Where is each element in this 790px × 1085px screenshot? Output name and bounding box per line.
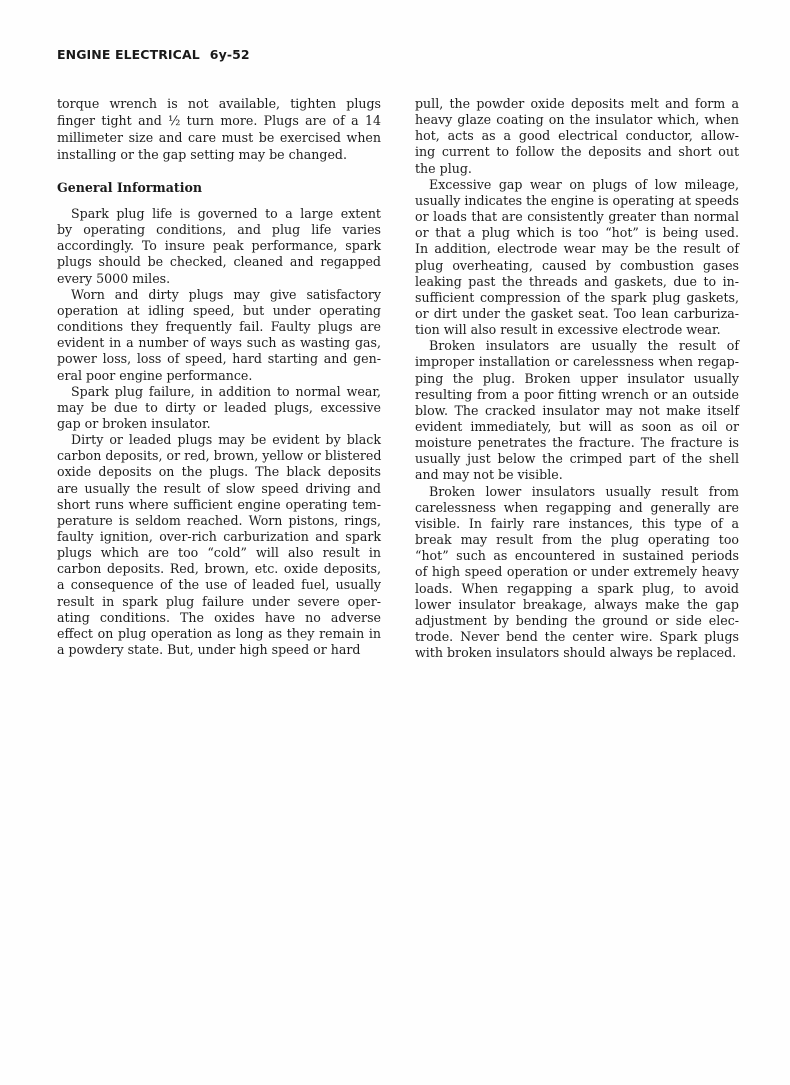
paragraph-line: resulting from a poor fitting wrench or … xyxy=(415,387,739,403)
paragraph-line: millimeter size and care must be exercis… xyxy=(57,130,381,146)
paragraph-line: Worn and dirty plugs may give satisfacto… xyxy=(57,287,381,303)
paragraph-line: blow. The cracked insulator may not make… xyxy=(415,403,739,419)
paragraph-line: loads. When regapping a spark plug, to a… xyxy=(415,581,739,597)
paragraph-line: oxide deposits on the plugs. The black d… xyxy=(57,464,381,480)
paragraph-line: installing or the gap setting may be cha… xyxy=(57,147,381,163)
paragraph-line: Broken lower insulators usually result f… xyxy=(415,484,739,500)
paragraph-line: Spark plug life is governed to a large e… xyxy=(57,206,381,222)
paragraph-line: plugs which are too “cold” will also res… xyxy=(57,545,381,561)
paragraph-line: torque wrench is not available, tighten … xyxy=(57,96,381,112)
paragraph-line: plugs should be checked, cleaned and reg… xyxy=(57,254,381,270)
paragraph-line: finger tight and ½ turn more. Plugs are … xyxy=(57,113,381,129)
paragraph-line: usually just below the crimped part of t… xyxy=(415,451,739,467)
paragraph-line: tion will also result in excessive elect… xyxy=(415,322,739,338)
paragraph-line: usually indicates the engine is operatin… xyxy=(415,193,739,209)
paragraph-line: improper installation or carelessness wh… xyxy=(415,354,739,370)
paragraph-line: with broken insulators should always be … xyxy=(415,645,739,661)
paragraph-line: short runs where sufficient engine opera… xyxy=(57,497,381,513)
paragraph-line: ating conditions. The oxides have no adv… xyxy=(57,610,381,626)
paragraph-line: effect on plug operation as long as they… xyxy=(57,626,381,642)
paragraph-line: and may not be visible. xyxy=(415,467,739,483)
paragraph-line: Excessive gap wear on plugs of low milea… xyxy=(415,177,739,193)
paragraph-line: a powdery state. But, under high speed o… xyxy=(57,642,381,658)
paragraph-line: Dirty or leaded plugs may be evident by … xyxy=(57,432,381,448)
paragraph-line: eral poor engine performance. xyxy=(57,368,381,384)
paragraph-line: result in spark plug failure under sever… xyxy=(57,594,381,610)
page-number: 6y-52 xyxy=(210,47,250,62)
paragraph-line: carbon deposits. Red, brown, etc. oxide … xyxy=(57,561,381,577)
paragraph-line: In addition, electrode wear may be the r… xyxy=(415,241,739,257)
paragraph-line: ing current to follow the deposits and s… xyxy=(415,144,739,160)
paragraph-line: by operating conditions, and plug life v… xyxy=(57,222,381,238)
paragraph-line: carelessness when regapping and generall… xyxy=(415,500,739,516)
paragraph-line: leaking past the threads and gaskets, du… xyxy=(415,274,739,290)
paragraph-line: are usually the result of slow speed dri… xyxy=(57,481,381,497)
paragraph-line: every 5000 miles. xyxy=(57,271,381,287)
paragraph-line: evident in a number of ways such as wast… xyxy=(57,335,381,351)
paragraph-line: hot, acts as a good electrical conductor… xyxy=(415,128,739,144)
paragraph-line: adjustment by bending the ground or side… xyxy=(415,613,739,629)
paragraph-line: or that a plug which is too “hot” is bei… xyxy=(415,225,739,241)
paragraph-line: may be due to dirty or leaded plugs, exc… xyxy=(57,400,381,416)
paragraph-line: accordingly. To insure peak performance,… xyxy=(57,238,381,254)
paragraph-line: break may result from the plug operating… xyxy=(415,532,739,548)
paragraph-line: heavy glaze coating on the insulator whi… xyxy=(415,112,739,128)
paragraph-line: conditions they frequently fail. Faulty … xyxy=(57,319,381,335)
paragraph-line: evident immediately, but will as soon as… xyxy=(415,419,739,435)
running-head: ENGINE ELECTRICAL6y-52 xyxy=(57,47,250,62)
manual-page: ENGINE ELECTRICAL6y-52 torque wrench is … xyxy=(0,0,790,1085)
paragraph-line: trode. Never bend the center wire. Spark… xyxy=(415,629,739,645)
paragraph-line: ping the plug. Broken upper insulator us… xyxy=(415,371,739,387)
paragraph-line: sufficient compression of the spark plug… xyxy=(415,290,739,306)
paragraph-line: perature is seldom reached. Worn pistons… xyxy=(57,513,381,529)
paragraph-line: visible. In fairly rare instances, this … xyxy=(415,516,739,532)
paragraph-line: gap or broken insulator. xyxy=(57,416,381,432)
paragraph-line: or dirt under the gasket seat. Too lean … xyxy=(415,306,739,322)
section-heading: General Information xyxy=(57,180,202,196)
paragraph-line: the plug. xyxy=(415,161,739,177)
paragraph-line: plug overheating, caused by combustion g… xyxy=(415,258,739,274)
paragraph-line: moisture penetrates the fracture. The fr… xyxy=(415,435,739,451)
paragraph-line: or loads that are consistently greater t… xyxy=(415,209,739,225)
section-title: ENGINE ELECTRICAL xyxy=(57,47,200,62)
paragraph-line: power loss, loss of speed, hard starting… xyxy=(57,351,381,367)
paragraph-line: lower insulator breakage, always make th… xyxy=(415,597,739,613)
paragraph-line: Broken insulators are usually the result… xyxy=(415,338,739,354)
paragraph-line: of high speed operation or under extreme… xyxy=(415,564,739,580)
paragraph-line: a consequence of the use of leaded fuel,… xyxy=(57,577,381,593)
paragraph-line: Spark plug failure, in addition to norma… xyxy=(57,384,381,400)
paragraph-line: operation at idling speed, but under ope… xyxy=(57,303,381,319)
paragraph-line: pull, the powder oxide deposits melt and… xyxy=(415,96,739,112)
paragraph-line: “hot” such as encountered in sustained p… xyxy=(415,548,739,564)
paragraph-line: faulty ignition, over-rich carburization… xyxy=(57,529,381,545)
paragraph-line: carbon deposits, or red, brown, yellow o… xyxy=(57,448,381,464)
